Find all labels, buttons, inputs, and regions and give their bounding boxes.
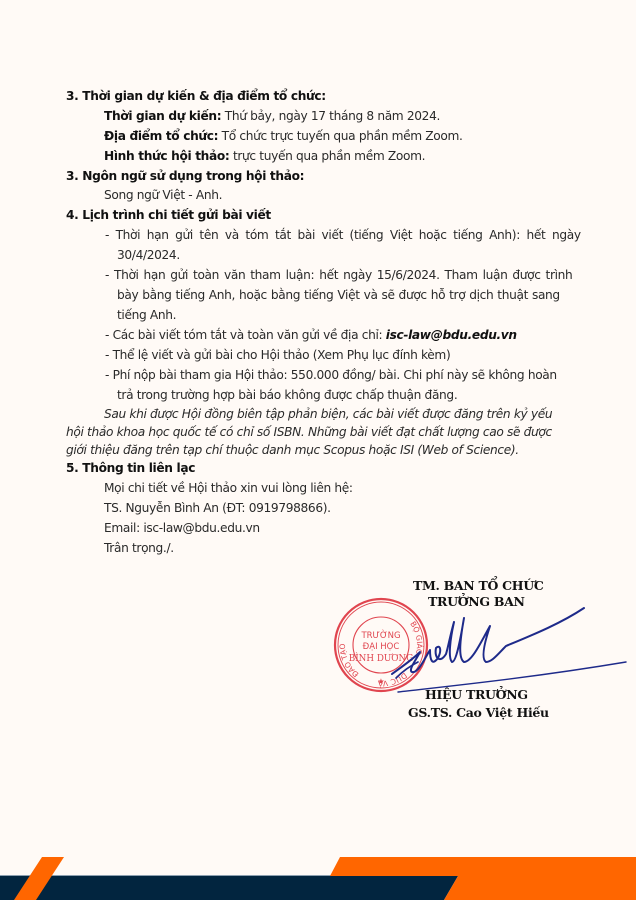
schedule-item-1-line-1: - Thời hạn gửi tên và tóm tắt bài viết (… [105, 226, 581, 244]
time-row: Thời gian dự kiến: Thứ bảy, ngày 17 thán… [104, 107, 440, 125]
schedule-item-2-line-1: - Thời hạn gửi toàn văn tham luận: hết n… [105, 266, 572, 284]
place-label: Địa điểm tổ chức: [104, 129, 218, 143]
schedule-item-2-line-2: bày bằng tiếng Anh, hoặc bằng tiếng Việt… [117, 286, 560, 304]
section-heading-schedule: 4. Lịch trình chi tiết gửi bài viết [66, 206, 271, 224]
note-line-1: Sau khi được Hội đồng biên tập phản biện… [104, 405, 552, 423]
time-label: Thời gian dự kiến: [104, 109, 221, 123]
note-line-2: hội thảo khoa học quốc tế có chỉ số ISBN… [66, 423, 552, 441]
schedule-item-5-line-1: - Phí nộp bài tham gia Hội thảo: 550.000… [105, 366, 557, 384]
note-line-3: giới thiệu đăng trên tạp chí thuộc danh … [66, 441, 519, 459]
document-page: 3. Thời gian dự kiến & địa điểm tổ chức:… [0, 0, 636, 900]
place-value: Tổ chức trực tuyến qua phần mềm Zoom. [218, 129, 462, 143]
schedule-item-3-text: - Các bài viết tóm tắt và toàn văn gửi v… [105, 328, 386, 342]
format-value: trực tuyến qua phần mềm Zoom. [229, 149, 425, 163]
schedule-item-2-line-3: tiếng Anh. [117, 306, 176, 324]
schedule-item-5-line-2: trả trong trường hợp bài báo không được … [117, 386, 457, 404]
schedule-item-1-line-2: 30/4/2024. [117, 246, 180, 264]
format-row: Hình thức hội thảo: trực tuyến qua phần … [104, 147, 425, 165]
place-row: Địa điểm tổ chức: Tổ chức trực tuyến qua… [104, 127, 463, 145]
format-label: Hình thức hội thảo: [104, 149, 229, 163]
submission-email-link[interactable]: isc-law@bdu.edu.vn [386, 328, 517, 342]
signature-title: HIỆU TRƯỞNG [425, 687, 528, 702]
signature-name: GS.TS. Cao Việt Hiếu [408, 705, 549, 720]
language-value: Song ngữ Việt - Anh. [104, 186, 222, 204]
svg-text:★: ★ [377, 677, 384, 686]
closing-line: Trân trọng./. [104, 539, 174, 557]
schedule-item-3: - Các bài viết tóm tắt và toàn văn gửi v… [105, 326, 517, 344]
contact-line-2: TS. Nguyễn Bình An (ĐT: 0919798866). [104, 499, 331, 517]
footer-decoration [0, 850, 636, 900]
section-heading-contact: 5. Thông tin liên lạc [66, 459, 195, 477]
section-heading-time-place: 3. Thời gian dự kiến & địa điểm tổ chức: [66, 87, 326, 105]
schedule-item-4: - Thể lệ viết và gửi bài cho Hội thảo (X… [105, 346, 450, 364]
signature-org-line-1: TM. BAN TỔ CHỨC [413, 578, 544, 593]
contact-line-1: Mọi chi tiết về Hội thảo xin vui lòng li… [104, 479, 353, 497]
time-value: Thứ bảy, ngày 17 tháng 8 năm 2024. [221, 109, 440, 123]
section-heading-language: 3. Ngôn ngữ sử dụng trong hội thảo: [66, 167, 304, 185]
contact-email[interactable]: Email: isc-law@bdu.edu.vn [104, 519, 260, 537]
